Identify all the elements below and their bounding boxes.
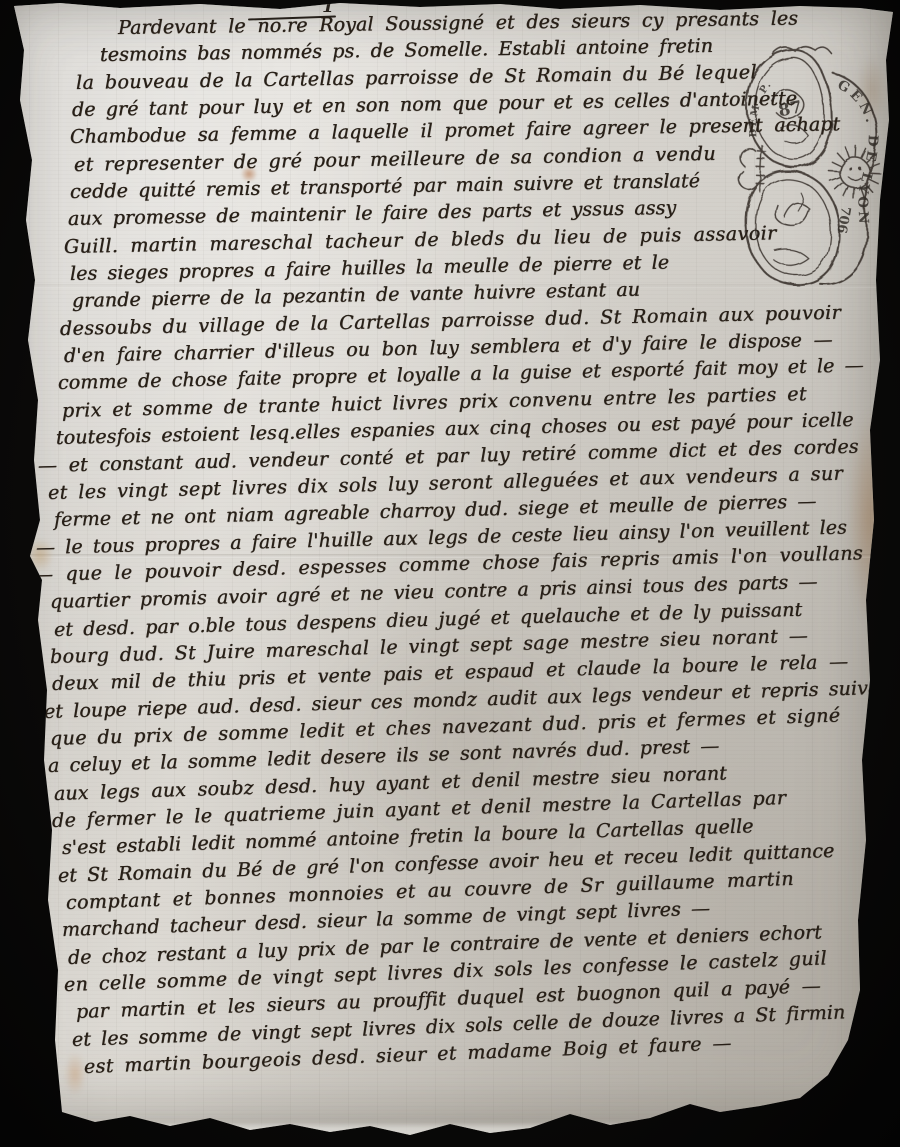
- manuscript-page: 1 Pardevant le no.re Royal Soussigné et …: [0, 0, 900, 1147]
- stamp-upper-band-text: DEM. P.: [747, 78, 775, 139]
- fiscal-stamp-lyon: GEN. DE LYON DEM. P. 87 706: [725, 38, 892, 298]
- stamp-number-87: 87: [777, 97, 804, 121]
- photo-background: 1 Pardevant le no.re Royal Soussigné et …: [0, 0, 900, 1147]
- svg-text:DEM. P.: DEM. P.: [747, 78, 775, 139]
